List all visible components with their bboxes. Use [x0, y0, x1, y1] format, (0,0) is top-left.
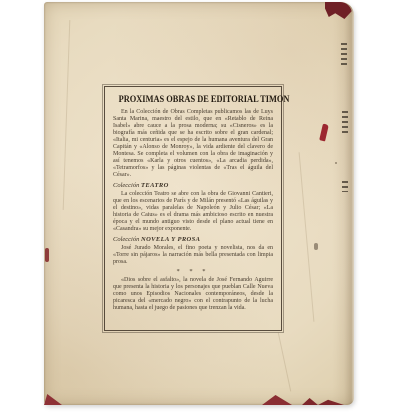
book-back-cover: PROXIMAS OBRAS DE EDITORIAL TIMON En la … — [44, 2, 354, 405]
heading-collection-name: NOVELA Y PROSA — [141, 236, 200, 243]
printed-announcement-panel: PROXIMAS OBRAS DE EDITORIAL TIMON En la … — [104, 86, 282, 331]
paper-crease — [278, 333, 291, 392]
paper-crease — [63, 20, 71, 210]
torn-edge-red-patch-bottom-middle — [262, 395, 292, 405]
torn-corner-red-patch-bottom-left — [44, 394, 62, 405]
dios-sobre-el-asfalto-paragraph: «Dios sobre el asfalto», la novela de Jo… — [113, 277, 273, 312]
paper-spot — [314, 243, 318, 250]
novela-paragraph: José Jurado Morales, el fino poeta y nov… — [113, 245, 273, 266]
red-speck-left-edge — [45, 248, 49, 262]
heading-prefix: Colección — [113, 182, 139, 189]
paper-spot — [335, 162, 337, 164]
spine-lettering-fragment — [341, 43, 347, 67]
asterisk-separator: * * * — [113, 269, 273, 275]
spine-lettering-fragment — [342, 111, 348, 133]
red-ink-mark — [319, 124, 329, 142]
paper-crease — [299, 152, 315, 321]
teatro-paragraph: La colección Teatro se abre con la obra … — [113, 191, 273, 233]
heading-prefix: Colección — [113, 236, 139, 243]
teatro-section-heading: Colección TEATRO — [113, 182, 273, 189]
obras-completas-paragraph: En la Colección de Obras Completas publi… — [113, 109, 273, 179]
panel-title: PROXIMAS OBRAS DE EDITORIAL TIMON — [119, 94, 268, 104]
book-photo: PROXIMAS OBRAS DE EDITORIAL TIMON En la … — [0, 0, 416, 416]
spine-lettering-fragment — [342, 181, 348, 192]
heading-collection-name: TEATRO — [141, 182, 169, 189]
novela-section-heading: Colección NOVELA Y PROSA — [113, 236, 273, 243]
